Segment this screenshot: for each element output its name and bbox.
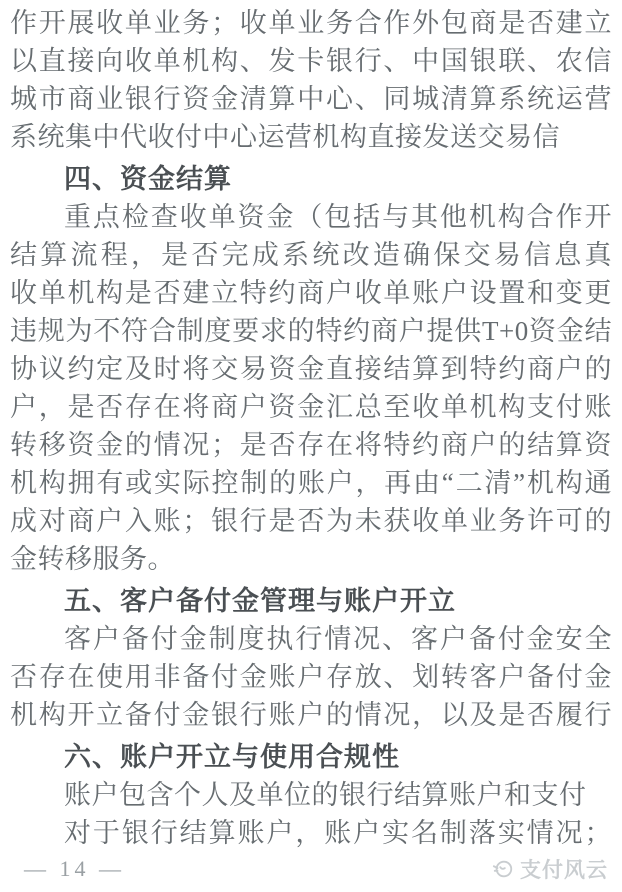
text-line: 收单机构是否建立特约商户收单账户设置和变更审核制度，是否 (10, 274, 612, 312)
text-line: 对于银行结算账户，账户实名制落实情况；2016年12月1日 (10, 814, 612, 852)
page-footer: — 14 — 支付风云 (10, 854, 608, 884)
text-line: 客户备付金制度执行情况、客户备付金安全性，重点检查是 (10, 620, 612, 658)
text-line: 系统集中代收付中心运营机构直接发送交易信息。 (10, 118, 612, 156)
scanned-document-page: 作开展收单业务；收单业务合作外包商是否建立交易处理平台， 以直接向收单机构、发卡… (0, 0, 622, 892)
text-line: 否存在使用非备付金账户存放、划转客户备付金的情况。为支付 (10, 658, 612, 696)
text-line: 作开展收单业务；收单业务合作外包商是否建立交易处理平台， (10, 4, 612, 42)
text-line: 转移资金的情况；是否存在将特约商户的结算资金划转至“二清” (10, 426, 612, 464)
text-line: 协议约定及时将交易资金直接结算到特约商户的收单银行结算账 (10, 350, 612, 388)
section-heading-account-compliance: 六、账户开立与使用合规性 (10, 738, 612, 776)
text-line: 重点检查收单资金（包括与其他机构合作开展的收单业务） (10, 198, 612, 236)
text-line: 成对商户入账；银行是否为未获收单业务许可的其他机构提供资 (10, 502, 612, 540)
text-line: 以直接向收单机构、发卡银行、中国银联、农信银资金清算中心、 (10, 42, 612, 80)
text-line: 机构开立备付金银行账户的情况，以及是否履行了相关监督职责。 (10, 696, 612, 734)
watermark-logo-icon (492, 858, 514, 880)
text-line: 城市商业银行资金清算中心、同城清算系统运营机构、小额支付 (10, 80, 612, 118)
text-line: 机构拥有或实际控制的账户，再由“二清”机构通过其他途径完 (10, 464, 612, 502)
text-line: 账户包含个人及单位的银行结算账户和支付账户。 (10, 776, 612, 814)
text-line: 户，是否存在将商户资金汇总至收单机构支付账户后以代付名义 (10, 388, 612, 426)
page-number: — 14 — (10, 856, 125, 882)
section-heading-funds-settlement: 四、资金结算 (10, 160, 612, 198)
watermark: 支付风云 (492, 854, 608, 884)
watermark-text: 支付风云 (520, 854, 608, 884)
text-line: 违规为不符合制度要求的特约商户提供T+0资金结算服务;是否按 (10, 312, 612, 350)
document-body: 作开展收单业务；收单业务合作外包商是否建立交易处理平台， 以直接向收单机构、发卡… (0, 0, 622, 852)
section-heading-reserve-funds: 五、客户备付金管理与账户开立 (10, 582, 612, 620)
text-line: 金转移服务。 (10, 540, 612, 578)
text-line: 结算流程，是否完成系统改造确保交易信息真实、完整、可追溯； (10, 236, 612, 274)
